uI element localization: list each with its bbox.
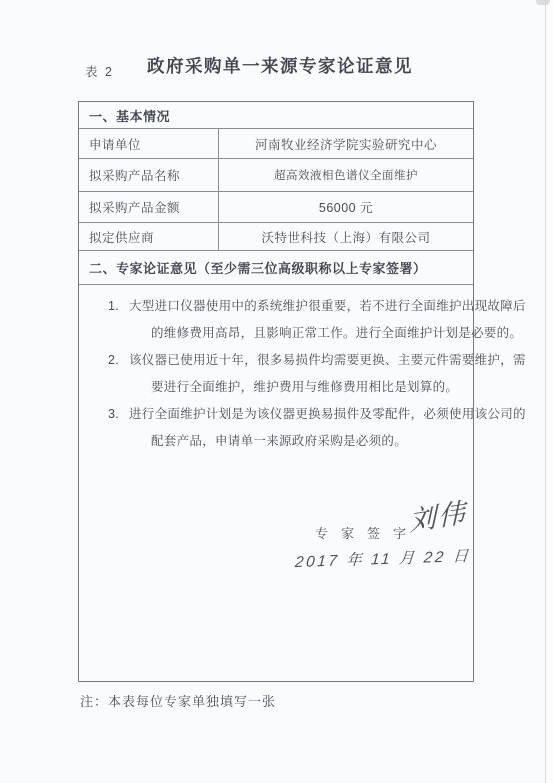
applicant-unit-value: 河南牧业经济学院实验研究中心: [219, 129, 473, 158]
document-title: 政府采购单一来源专家论证意见: [120, 53, 440, 78]
table-row-applicant-unit: 申请单位 河南牧业经济学院实验研究中心: [79, 129, 473, 159]
opinion-item-3-line-1: 3.进行全面维护计划是为该仪器更换易损件及零配件，必须使用该公司的: [79, 401, 526, 428]
scan-corner-artifact: [536, 0, 550, 5]
opinion-item-2-text: 该仪器已使用近十年，很多易损件均需要更换、主要元件需要维护，需: [129, 353, 526, 367]
footer-note: 注：本表每位专家单独填写一张: [80, 691, 276, 710]
expert-opinion-cell: 1.大型进口仪器使用中的系统维护很重要，若不进行全面维护出现故障后 的维修费用高…: [79, 285, 473, 681]
product-name-label: 拟采购产品名称: [79, 159, 219, 191]
opinion-item-1-line-2: 的维修费用高昂，且影响正常工作。进行全面维护计划是必要的。: [79, 320, 526, 347]
table-row-product-name: 拟采购产品名称 超高效液相色谱仪全面维护: [79, 159, 473, 192]
supplier-label: 拟定供应商: [79, 223, 219, 250]
opinion-list: 1.大型进口仪器使用中的系统维护很重要，若不进行全面维护出现故障后 的维修费用高…: [79, 285, 526, 681]
table-number-label: 表 2: [85, 62, 114, 80]
scan-page-edge-line: [545, 0, 546, 783]
opinion-item-1-line-1: 1.大型进口仪器使用中的系统维护很重要，若不进行全面维护出现故障后: [79, 293, 526, 320]
scan-page-edge-strip: [546, 0, 554, 783]
scanned-document-page: 表 2 政府采购单一来源专家论证意见 一、基本情况 申请单位 河南牧业经济学院实…: [0, 0, 554, 783]
procurement-opinion-table: 一、基本情况 申请单位 河南牧业经济学院实验研究中心 拟采购产品名称 超高效液相…: [78, 101, 474, 682]
opinion-item-2-line-2: 要进行全面维护，维护费用与维修费用相比是划算的。: [79, 374, 526, 401]
table-row-supplier: 拟定供应商 沃特世科技（上海）有限公司: [79, 223, 473, 251]
opinion-item-3-line-2: 配套产品，申请单一来源政府采购是必须的。: [79, 428, 526, 455]
opinion-item-3-number: 3.: [108, 401, 129, 428]
product-amount-label: 拟采购产品金额: [79, 192, 219, 222]
product-amount-value: 56000 元: [219, 192, 473, 222]
table-row-product-amount: 拟采购产品金额 56000 元: [79, 192, 473, 223]
product-name-value: 超高效液相色谱仪全面维护: [219, 159, 473, 191]
expert-signature-label: 专家签字: [315, 523, 419, 542]
supplier-value: 沃特世科技（上海）有限公司: [219, 223, 473, 250]
section-expert-opinion-header: 二、专家论证意见（至少需三位高级职称以上专家签署）: [79, 251, 473, 285]
opinion-item-2-number: 2.: [108, 347, 129, 374]
opinion-item-1-number: 1.: [108, 293, 129, 320]
section-basic-info-header: 一、基本情况: [79, 102, 473, 129]
opinion-item-3-text: 进行全面维护计划是为该仪器更换易损件及零配件，必须使用该公司的: [129, 407, 526, 421]
opinion-item-2-line-1: 2.该仪器已使用近十年，很多易损件均需要更换、主要元件需要维护，需: [79, 347, 526, 374]
opinion-item-1-text: 大型进口仪器使用中的系统维护很重要，若不进行全面维护出现故障后: [129, 299, 526, 313]
applicant-unit-label: 申请单位: [79, 129, 219, 158]
